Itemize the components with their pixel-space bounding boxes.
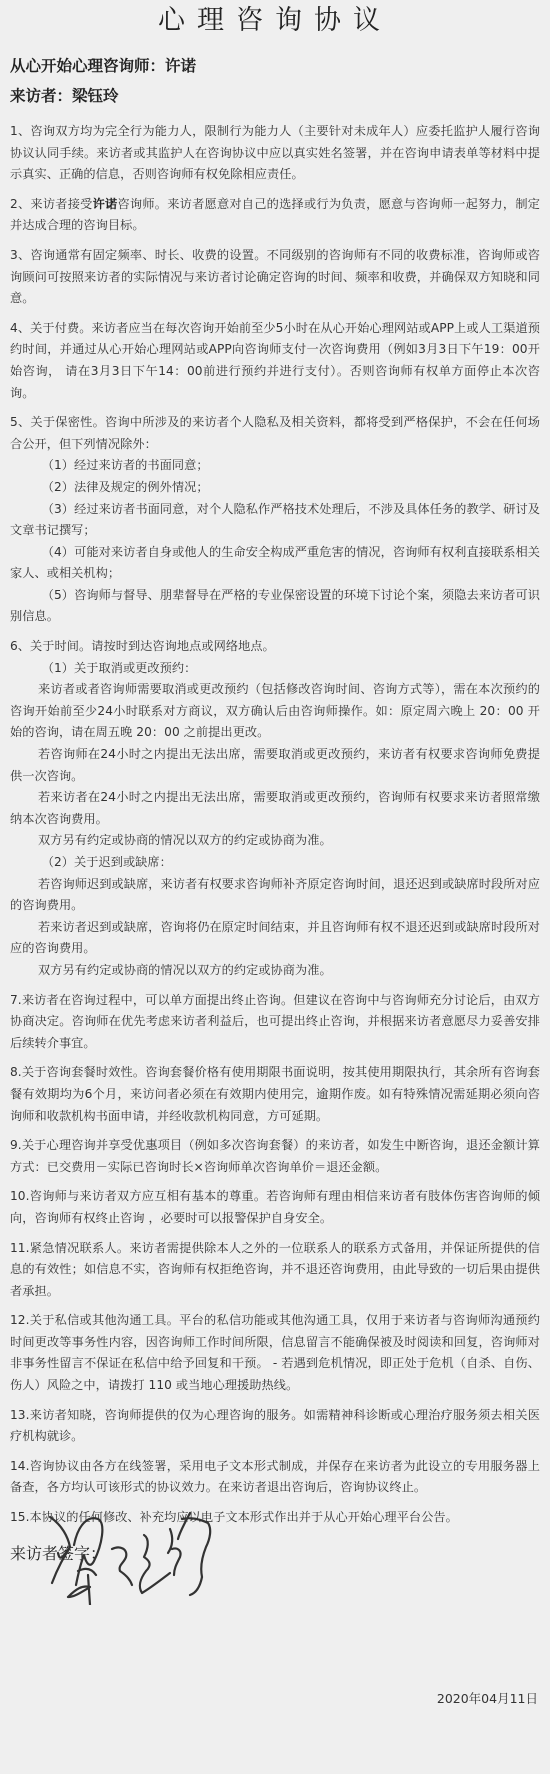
agreement-page: 心理咨询协议 从心开始心理咨询师：许诺 来访者：梁钰玲 1、咨询双方均为完全行为… — [0, 0, 550, 1774]
clause-6: 6、关于时间。请按时到达咨询地点或网络地点。 （1）关于取消或更改预约： 来访者… — [10, 636, 540, 982]
clause-9: 9.关于心理咨询并享受优惠项目（例如多次咨询套餐）的来访者，如发生中断咨询，退还… — [10, 1135, 540, 1178]
clause-6-sub2-para: 双方另有约定或协商的情况以双方的约定或协商为准。 — [10, 960, 540, 982]
clause-4: 4、关于付费。来访者应当在每次咨询开始前至少5小时在从心开始心理网站或APP上或… — [10, 318, 540, 404]
clause-6-sub1-para: 来访者或者咨询师需要取消或更改预约（包括修改咨询时间、咨询方式等），需在本次预约… — [10, 679, 540, 744]
clause-6-sub2-title: （2）关于迟到或缺席： — [10, 852, 540, 874]
clause-6-sub2-para: 若咨询师迟到或缺席，来访者有权要求咨询师补齐原定咨询时间，退还迟到或缺席时段所对… — [10, 874, 540, 917]
clause-6-sub1-para: 若来访者在24小时之内提出无法出席，需要取消或更改预约，咨询师有权要求来访者照常… — [10, 787, 540, 830]
clause-3: 3、咨询通常有固定频率、时长、收费的设置。不同级别的咨询师有不同的收费标准，咨询… — [10, 245, 540, 310]
counselor-name-highlight: 许诺 — [93, 197, 118, 211]
clause-5-item: （2）法律及规定的例外情况； — [10, 477, 540, 499]
counselor-line: 从心开始心理咨询师：许诺 — [10, 56, 540, 76]
clause-6-sub1-title: （1）关于取消或更改预约： — [10, 658, 540, 680]
clause-5-item: （1）经过来访者的书面同意； — [10, 455, 540, 477]
clause-6-intro: 6、关于时间。请按时到达咨询地点或网络地点。 — [10, 636, 540, 658]
handwritten-signature — [40, 1505, 280, 1605]
clause-14: 14.咨询协议由各方在线签署，采用电子文本形式制成，并保存在来访者为此设立的专用… — [10, 1456, 540, 1499]
clause-2-prefix: 2、来访者接受 — [10, 197, 93, 211]
client-line: 来访者：梁钰玲 — [10, 86, 540, 106]
clause-13: 13.来访者知晓，咨询师提供的仅为心理咨询的服务。如需精神科诊断或心理治疗服务须… — [10, 1405, 540, 1448]
document-title: 心理咨询协议 — [10, 0, 540, 44]
clause-10: 10.咨询师与来访者双方应互相有基本的尊重。若咨询师有理由相信来访者有肢体伤害咨… — [10, 1186, 540, 1229]
clause-7: 7.来访者在咨询过程中，可以单方面提出终止咨询。但建议在咨询中与咨询师充分讨论后… — [10, 990, 540, 1055]
clause-6-sub2-para: 若来访者迟到或缺席，咨询将仍在原定时间结束，并且咨询师有权不退还迟到或缺席时段所… — [10, 917, 540, 960]
agreement-clauses: 1、咨询双方均为完全行为能力人，限制行为能力人（主要针对未成年人）应委托监护人履… — [10, 121, 540, 1529]
clause-1: 1、咨询双方均为完全行为能力人，限制行为能力人（主要针对未成年人）应委托监护人履… — [10, 121, 540, 186]
clause-5: 5、关于保密性。咨询中所涉及的来访者个人隐私及相关资料，都将受到严格保护，不会在… — [10, 412, 540, 628]
signing-date: 2020年04月11日 — [437, 1689, 538, 1707]
clause-11: 11.紧急情况联系人。来访者需提供除本人之外的一位联系人的联系方式备用，并保证所… — [10, 1238, 540, 1303]
clause-5-item: （5）咨询师与督导、朋辈督导在严格的专业保密设置的环境下讨论个案，须隐去来访者可… — [10, 585, 540, 628]
clause-5-item: （3）经过来访者书面同意，对个人隐私作严格技术处理后，不涉及具体任务的教学、研讨… — [10, 499, 540, 542]
clause-6-sub1-para: 若咨询师在24小时之内提出无法出席，需要取消或更改预约，来访者有权要求咨询师免费… — [10, 744, 540, 787]
clause-5-intro: 5、关于保密性。咨询中所涉及的来访者个人隐私及相关资料，都将受到严格保护，不会在… — [10, 412, 540, 455]
clause-12: 12.关于私信或其他沟通工具。平台的私信功能或其他沟通工具，仅用于来访者与咨询师… — [10, 1310, 540, 1396]
clause-5-item: （4）可能对来访者自身或他人的生命安全构成严重危害的情况，咨询师有权利直接联系相… — [10, 542, 540, 585]
clause-2: 2、来访者接受许诺咨询师。来访者愿意对自己的选择或行为负责，愿意与咨询师一起努力… — [10, 194, 540, 237]
clause-6-sub1-para: 双方另有约定或协商的情况以双方的约定或协商为准。 — [10, 830, 540, 852]
clause-8: 8.关于咨询套餐时效性。咨询套餐价格有使用期限书面说明，按其使用期限执行，其余所… — [10, 1062, 540, 1127]
